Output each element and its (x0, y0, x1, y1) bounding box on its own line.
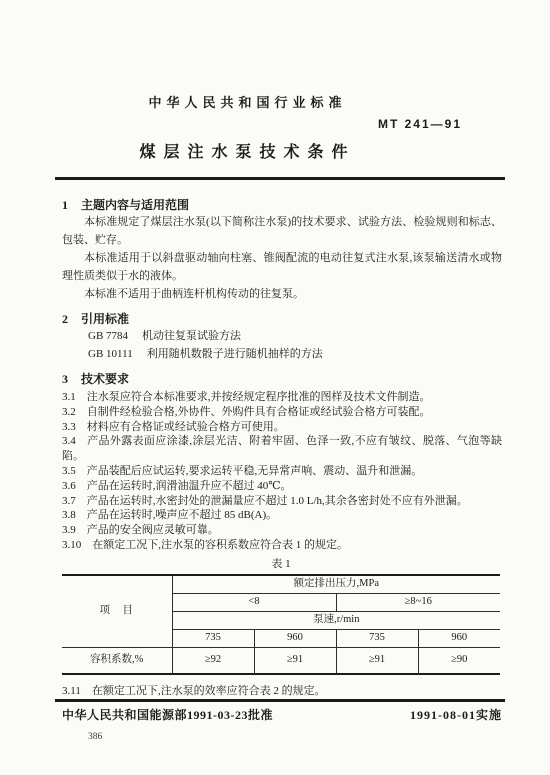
clause-number: 3.2 (62, 406, 76, 418)
clause-3-2: 3.2自制件经检验合格,外协件、外购件具有合格证或经试验合格方可装配。 (62, 405, 502, 420)
section-1-number: 1 (62, 198, 68, 212)
speed-cell: 735 (172, 629, 254, 647)
reference-item: GB 7784机动往复泵试验方法 (62, 327, 502, 345)
section-1-title: 主题内容与适用范围 (81, 198, 189, 212)
clause-text: 产品外露表面应涂漆,涂层光洁、附着牢固、色泽一致,不应有皱纹、脱落、气泡等缺陷。 (62, 435, 502, 462)
paragraph-scope-1: 本标准规定了煤层注水泵(以下简称注水泵)的技术要求、试验方法、检验规则和标志、包… (62, 213, 502, 249)
reference-code: GB 7784 (88, 330, 128, 342)
row-label-cell: 容积系数,% (62, 647, 172, 674)
clause-3-3: 3.3材料应有合格证或经试验合格方可使用。 (62, 420, 502, 435)
document-title: 煤层注水泵技术条件 (20, 139, 475, 162)
value-cell: ≥91 (336, 647, 418, 674)
clause-number: 3.6 (62, 480, 76, 492)
document-body: 1主题内容与适用范围 本标准规定了煤层注水泵(以下简称注水泵)的技术要求、试验方… (62, 189, 502, 699)
value-cell: ≥91 (254, 647, 336, 674)
clause-number: 3.5 (62, 465, 76, 477)
clause-text: 产品装配后应试运转,要求运转平稳,无异常声响、震动、温升和泄漏。 (87, 465, 423, 477)
reference-item: GB 10111利用随机数骰子进行随机抽样的方法 (62, 345, 502, 363)
pressure-range-cell: ≥8~16 (336, 593, 500, 611)
table-1-caption: 表 1 (62, 557, 500, 571)
table-row: 项 目 额定排出压力,MPa (62, 575, 500, 594)
reference-title: 机动往复泵试验方法 (142, 330, 241, 342)
section-2-heading: 2引用标准 (62, 311, 502, 327)
implementation-date: 1991-08-01实施 (410, 706, 502, 723)
table-pressure-header: 额定排出压力,MPa (172, 575, 500, 594)
clause-number: 3.9 (62, 524, 76, 536)
clause-number: 3.1 (62, 391, 76, 403)
clause-text: 自制件经检验合格,外协件、外购件具有合格证或经试验合格方可装配。 (87, 406, 431, 418)
table-item-header: 项 目 (62, 575, 172, 648)
section-2-title: 引用标准 (81, 312, 129, 326)
section-3-number: 3 (62, 372, 68, 386)
clause-3-6: 3.6产品在运转时,润滑油温升应不超过 40℃。 (62, 479, 502, 494)
clause-text: 在额定工况下,注水泵的效率应符合表 2 的规定。 (92, 685, 326, 697)
header-divider (55, 177, 505, 180)
reference-code: GB 10111 (88, 348, 133, 360)
table-data-row: 容积系数,% ≥92 ≥91 ≥91 ≥90 (62, 647, 500, 674)
clause-3-5: 3.5产品装配后应试运转,要求运转平稳,无异常声响、震动、温升和泄漏。 (62, 464, 502, 479)
clause-number: 3.11 (62, 685, 81, 697)
clause-number: 3.10 (62, 539, 81, 551)
clause-number: 3.4 (62, 435, 76, 447)
clause-3-4: 3.4产品外露表面应涂漆,涂层光洁、附着牢固、色泽一致,不应有皱纹、脱落、气泡等… (62, 434, 502, 464)
paragraph-scope-3: 本标准不适用于曲柄连杆机构传动的往复泵。 (62, 285, 502, 303)
section-2-number: 2 (62, 312, 68, 326)
clause-text: 注水泵应符合本标准要求,并按经规定程序批准的图样及技术文件制造。 (87, 391, 431, 403)
clause-number: 3.8 (62, 509, 76, 521)
value-cell: ≥90 (418, 647, 500, 674)
clause-text: 产品的安全阀应灵敏可靠。 (87, 524, 219, 536)
clause-text: 产品在运转时,润滑油温升应不超过 40℃。 (87, 480, 292, 492)
clause-3-10: 3.10在额定工况下,注水泵的容积系数应符合表 1 的规定。 (62, 538, 502, 553)
clause-text: 材料应有合格证或经试验合格方可使用。 (87, 421, 285, 433)
document-page: 中华人民共和国行业标准 MT 241—91 煤层注水泵技术条件 1主题内容与适用… (0, 0, 550, 775)
section-3-title: 技术要求 (81, 372, 129, 386)
speed-cell: 960 (418, 629, 500, 647)
clause-3-8: 3.8产品在运转时,噪声应不超过 85 dB(A)。 (62, 508, 502, 523)
approval-notice: 中华人民共和国能源部1991-03-23批准 (62, 706, 273, 723)
clause-text: 产品在运转时,噪声应不超过 85 dB(A)。 (87, 509, 277, 521)
table-speed-header: 泵速,r/min (172, 611, 500, 629)
reference-title: 利用随机数骰子进行随机抽样的方法 (147, 348, 323, 360)
section-3-heading: 3技术要求 (62, 371, 502, 387)
paragraph-scope-2: 本标准适用于以斜盘驱动轴向柱塞、锥阀配流的电动往复式注水泵,该泵输送清水或物理性… (62, 249, 502, 285)
value-cell: ≥92 (172, 647, 254, 674)
clause-3-9: 3.9产品的安全阀应灵敏可靠。 (62, 523, 502, 538)
table-1: 项 目 额定排出压力,MPa <8 ≥8~16 泵速,r/min 735 960… (62, 574, 500, 675)
speed-cell: 735 (336, 629, 418, 647)
standard-number: MT 241—91 (378, 117, 462, 131)
clause-text: 产品在运转时,水密封处的泄漏量应不超过 1.0 L/h,其余各密封处不应有外泄漏… (87, 495, 468, 507)
clause-3-7: 3.7产品在运转时,水密封处的泄漏量应不超过 1.0 L/h,其余各密封处不应有… (62, 494, 502, 509)
clause-number: 3.7 (62, 495, 76, 507)
speed-cell: 960 (254, 629, 336, 647)
standard-org-label: 中华人民共和国行业标准 (20, 92, 475, 111)
clause-text: 在额定工况下,注水泵的容积系数应符合表 1 的规定。 (92, 539, 348, 551)
clause-number: 3.3 (62, 421, 76, 433)
page-number: 386 (88, 732, 102, 742)
clause-list: 3.1注水泵应符合本标准要求,并按经规定程序批准的图样及技术文件制造。 3.2自… (62, 390, 502, 553)
clause-3-1: 3.1注水泵应符合本标准要求,并按经规定程序批准的图样及技术文件制造。 (62, 390, 502, 405)
footer-divider (55, 699, 505, 702)
pressure-range-cell: <8 (172, 593, 336, 611)
section-1-heading: 1主题内容与适用范围 (62, 197, 502, 213)
clause-3-11: 3.11在额定工况下,注水泵的效率应符合表 2 的规定。 (62, 684, 502, 699)
